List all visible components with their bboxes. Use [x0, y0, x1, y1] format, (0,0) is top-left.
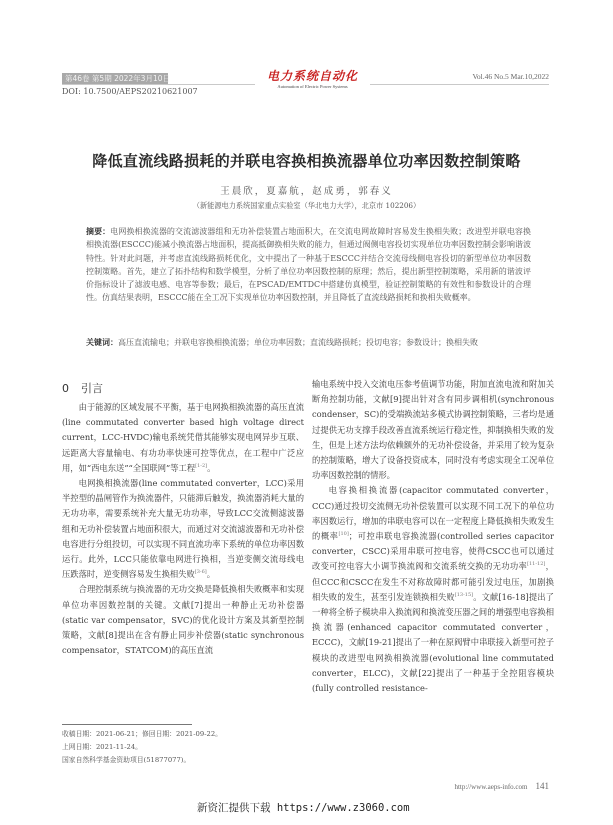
- journal-name-cn: 电力系统自动化: [255, 70, 370, 83]
- doi: DOI: 10.7500/AEPS20210621007: [62, 87, 198, 96]
- abstract: 摘要：电网换相换流器的交流滤波器组和无功补偿装置占地面积大，在交流电网故障时容易…: [86, 225, 531, 305]
- abstract-text: 电网换相换流器的交流滤波器组和无功补偿装置占地面积大，在交流电网故障时容易发生换…: [86, 227, 531, 302]
- citation[interactable]: [3-6]: [195, 569, 207, 575]
- received-date: 收稿日期：2021-06-21；修回日期：2021-09-22。: [62, 728, 222, 741]
- online-date: 上网日期：2021-11-24。: [62, 741, 222, 754]
- paragraph: 电容换相换流器(capacitor commutated converter，C…: [312, 483, 554, 696]
- paragraph: 输电系统中投入交流电压参考值调节功能，附加直流电流和附加关断角控制功能，文献[9…: [312, 377, 554, 483]
- funding: 国家自然科学基金资助项目(51877077)。: [62, 754, 222, 767]
- footnotes: 收稿日期：2021-06-21；修回日期：2021-09-22。 上网日期：20…: [62, 728, 222, 767]
- affiliation: （新能源电力系统国家重点实验室（华北电力大学），北京市 102206）: [0, 201, 613, 211]
- paragraph: 合理控制系统与换流器的无功交换是降低换相失败概率和实现单位功率因数控制的关键。文…: [62, 582, 304, 658]
- citation[interactable]: [11-12]: [527, 562, 545, 568]
- citation[interactable]: [13-15]: [455, 592, 473, 598]
- footnote-divider: [62, 724, 192, 725]
- volume-info: Vol.46 No.5 Mar.10,2022: [472, 72, 549, 81]
- section-number: 0: [62, 382, 69, 395]
- paper-title: 降低直流线路损耗的并联电容换相换流器单位功率因数控制策略: [0, 150, 613, 171]
- abstract-label: 摘要：: [86, 227, 110, 236]
- paragraph: 由于能源的区域发展不平衡，基于电网换相换流器的高压直流(line commuta…: [62, 400, 304, 476]
- keywords-label: 关键词：: [86, 338, 118, 347]
- journal-url[interactable]: http://www.aeps-info.com: [454, 783, 527, 791]
- journal-name-en: Automation of Electric Power Systems: [255, 83, 370, 90]
- download-watermark: 新资汇提供下载 https://www.z3060.com: [197, 800, 410, 815]
- keywords: 关键词：高压直流输电；并联电容换相换流器；单位功率因数；直流线路损耗；投切电容；…: [86, 336, 531, 349]
- citation[interactable]: [10]: [339, 531, 349, 537]
- page-footer: http://www.aeps-info.com141: [454, 781, 549, 791]
- page-number: 141: [536, 781, 550, 791]
- authors: 王晨欣，夏嘉航，赵成勇，郭春义: [0, 183, 613, 197]
- citation[interactable]: [1-2]: [195, 463, 207, 469]
- section-title: 引言: [81, 382, 103, 395]
- paragraph: 电网换相换流器(line commutated converter，LCC)采用…: [62, 476, 304, 582]
- keywords-text: 高压直流输电；并联电容换相换流器；单位功率因数；直流线路损耗；投切电容；参数设计…: [118, 338, 478, 347]
- left-column: 由于能源的区域发展不平衡，基于电网换相换流器的高压直流(line commuta…: [62, 400, 304, 658]
- right-column: 输电系统中投入交流电压参考值调节功能，附加直流电流和附加关断角控制功能，文献[9…: [312, 377, 554, 696]
- section-heading: 0引言: [62, 380, 103, 396]
- journal-logo: 电力系统自动化 Automation of Electric Power Sys…: [255, 70, 370, 90]
